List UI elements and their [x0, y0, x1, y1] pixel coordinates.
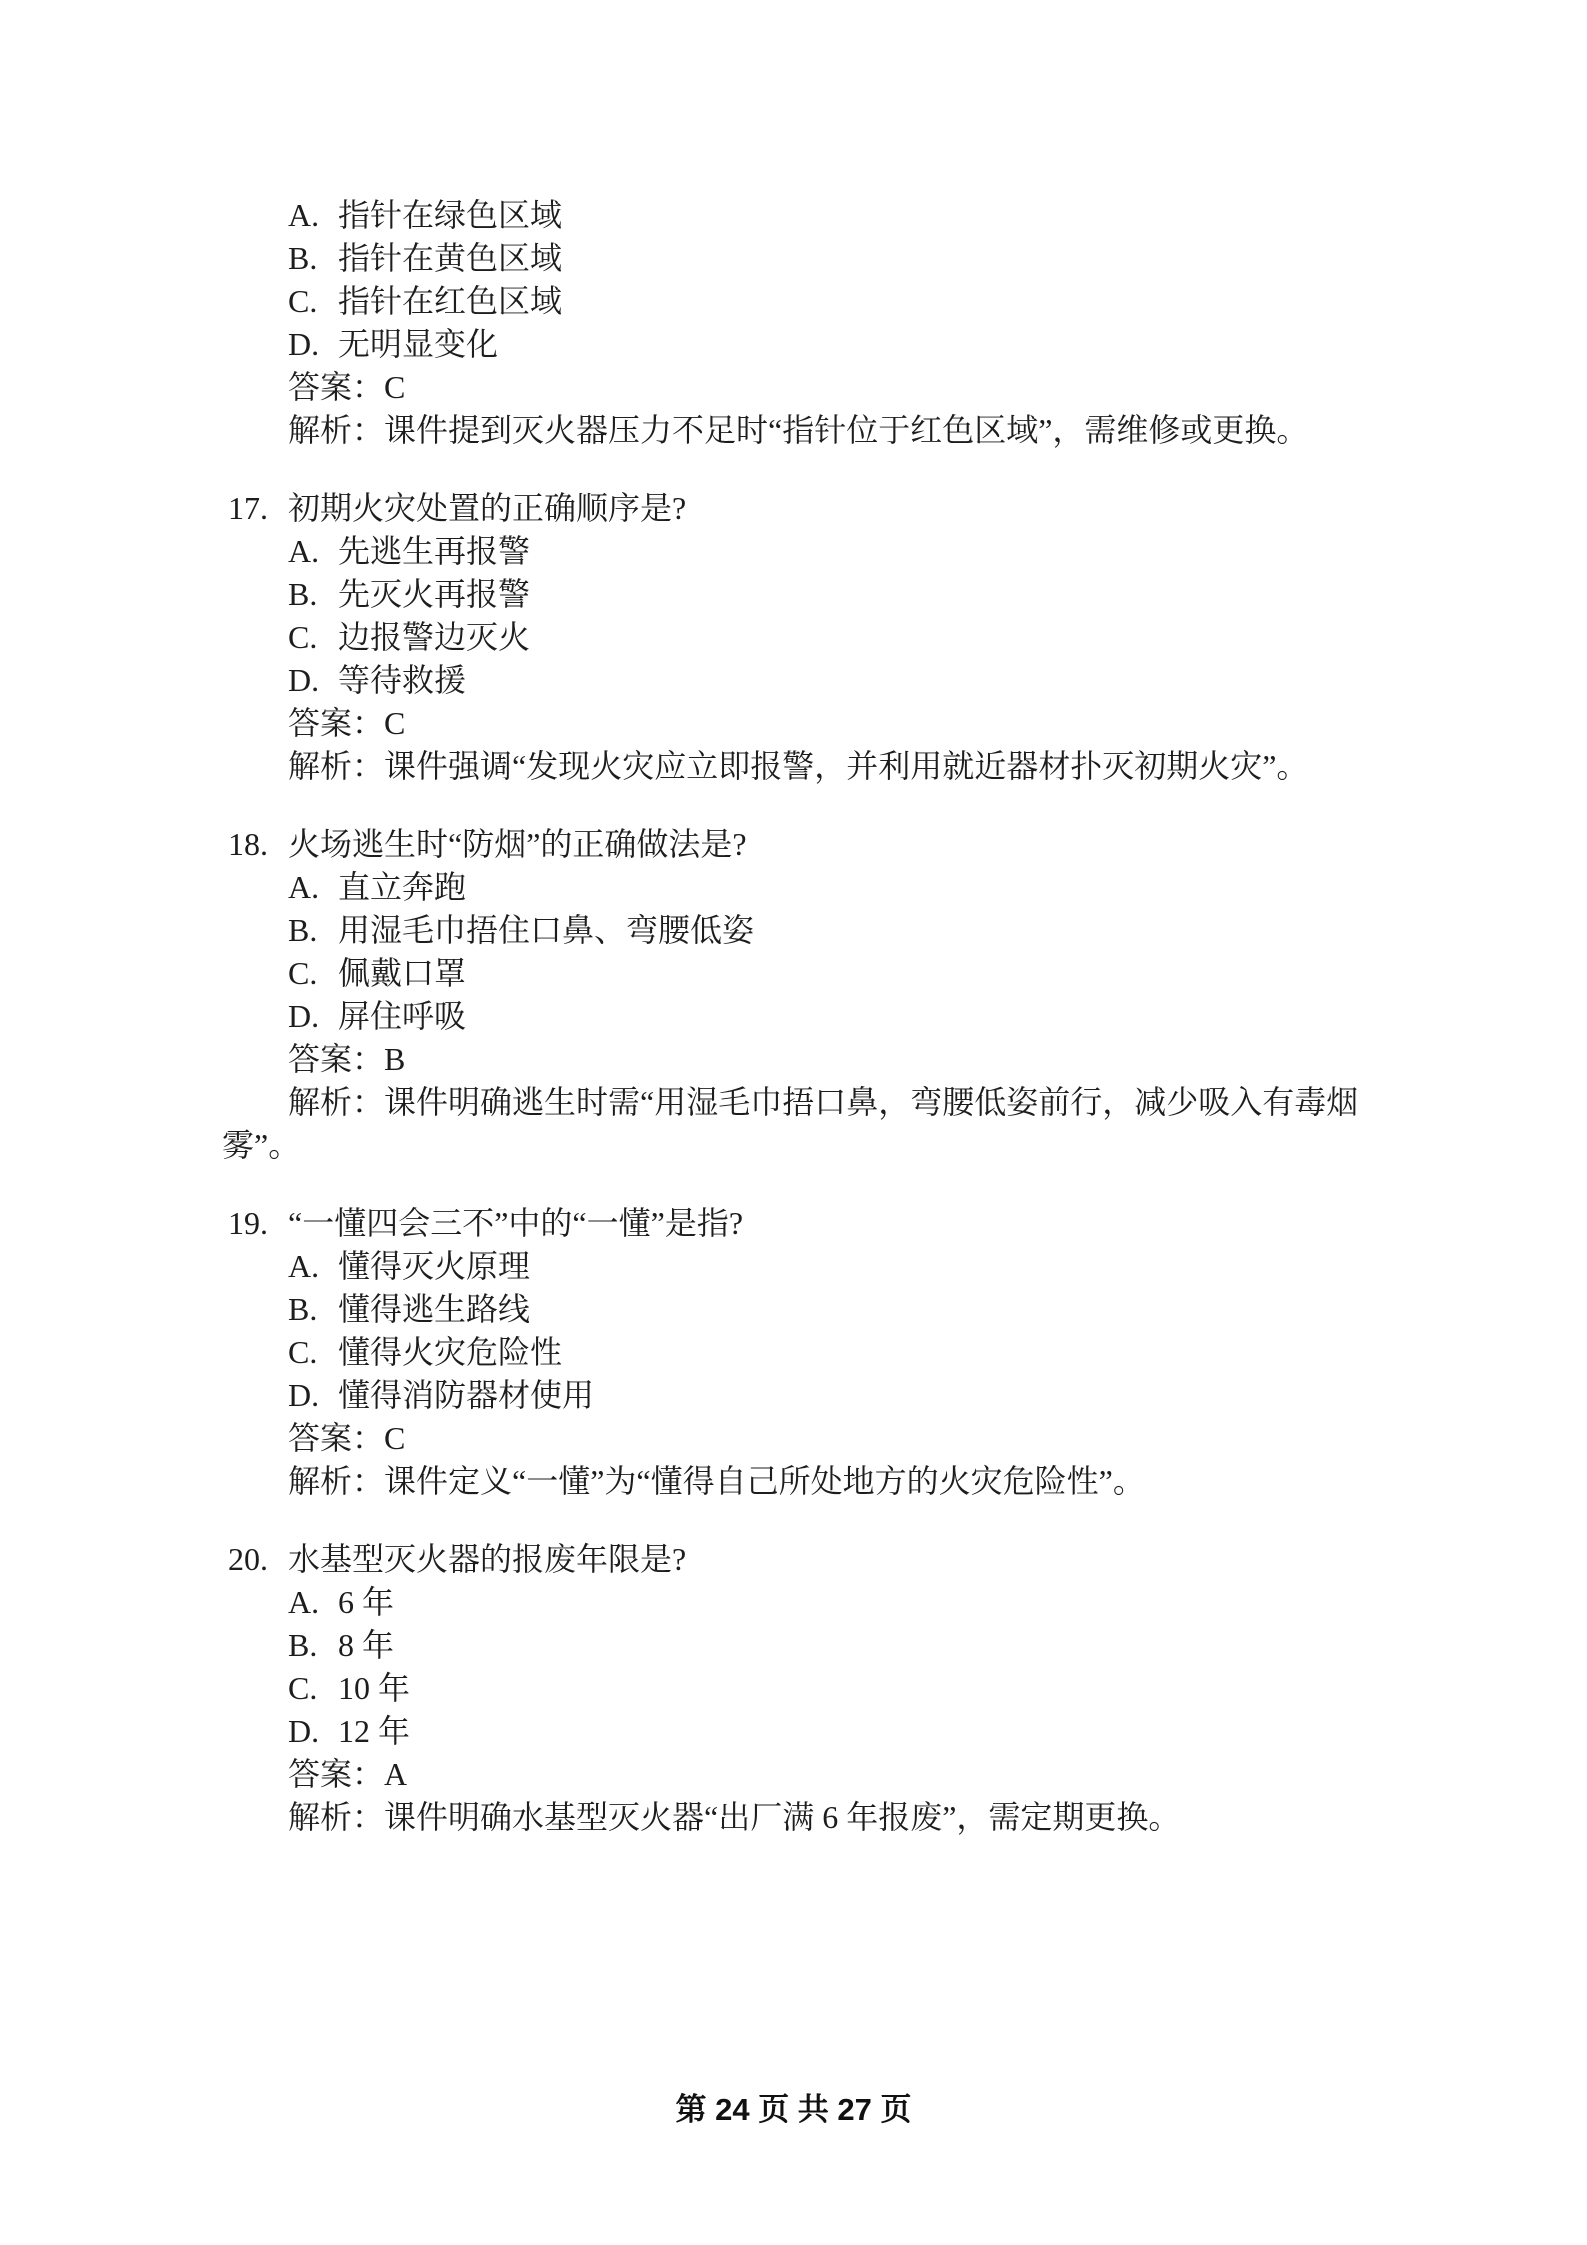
option-letter: B.: [288, 237, 338, 280]
option-text: 6 年: [338, 1584, 394, 1620]
question-number: 18.: [228, 823, 288, 866]
option-text: 屏住呼吸: [338, 998, 466, 1034]
explanation-text: 课件提到灭火器压力不足时“指针位于红色区域”，需维修或更换。: [384, 412, 1308, 448]
option-b: B.指针在黄色区域: [288, 237, 1365, 280]
option-text: 等待救援: [338, 662, 466, 698]
option-d: D.懂得消防器材使用: [288, 1374, 1365, 1417]
question-number: 20.: [228, 1538, 288, 1581]
option-letter: C.: [288, 952, 338, 995]
option-a: A.懂得灭火原理: [288, 1245, 1365, 1288]
option-text: 懂得火灾危险性: [338, 1334, 562, 1370]
option-d: D.等待救援: [288, 659, 1365, 702]
option-b: B.用湿毛巾捂住口鼻、弯腰低姿: [288, 909, 1365, 952]
option-text: 先逃生再报警: [338, 533, 530, 569]
page-footer: 第 24 页 共 27 页: [0, 2090, 1587, 2130]
explanation: 解析：课件强调“发现火灾应立即报警，并利用就近器材扑灭初期火灾”。: [222, 745, 1365, 788]
option-text: 10 年: [338, 1670, 410, 1706]
answer-label: 答案：: [288, 369, 384, 405]
option-d: D.12 年: [288, 1710, 1365, 1753]
question-header: 19.“一懂四会三不”中的“一懂”是指?: [222, 1202, 1365, 1245]
answer-value: A: [384, 1756, 407, 1792]
explanation-label: 解析：: [288, 1799, 384, 1835]
explanation: 解析：课件明确逃生时需“用湿毛巾捂口鼻，弯腰低姿前行，减少吸入有毒烟雾”。: [222, 1081, 1365, 1167]
option-letter: D.: [288, 995, 338, 1038]
answer-line: 答案：C: [288, 1417, 1365, 1460]
option-letter: B.: [288, 909, 338, 952]
answer-label: 答案：: [288, 1756, 384, 1792]
option-letter: D.: [288, 659, 338, 702]
option-letter: A.: [288, 1581, 338, 1624]
option-letter: A.: [288, 866, 338, 909]
explanation-text: 课件明确水基型灭火器“出厂满 6 年报废”，需定期更换。: [384, 1799, 1180, 1835]
explanation-text: 课件明确逃生时需“用湿毛巾捂口鼻，弯腰低姿前行，减少吸入有毒烟雾”。: [222, 1084, 1358, 1163]
question-header: 18.火场逃生时“防烟”的正确做法是?: [222, 823, 1365, 866]
option-text: 边报警边灭火: [338, 619, 530, 655]
answer-label: 答案：: [288, 1420, 384, 1456]
document-body: A.指针在绿色区域 B.指针在黄色区域 C.指针在红色区域 D.无明显变化 答案…: [222, 194, 1365, 1839]
option-letter: C.: [288, 1667, 338, 1710]
option-letter: C.: [288, 616, 338, 659]
option-text: 8 年: [338, 1627, 394, 1663]
question-header: 20.水基型灭火器的报废年限是?: [222, 1538, 1365, 1581]
answer-line: 答案：C: [288, 366, 1365, 409]
option-b: B.8 年: [288, 1624, 1365, 1667]
option-letter: D.: [288, 323, 338, 366]
option-text: 懂得灭火原理: [338, 1248, 530, 1284]
explanation-label: 解析：: [288, 1084, 384, 1120]
answer-label: 答案：: [288, 1041, 384, 1077]
question-number: 17.: [228, 487, 288, 530]
question-block-18: 18.火场逃生时“防烟”的正确做法是? A.直立奔跑 B.用湿毛巾捂住口鼻、弯腰…: [222, 823, 1365, 1167]
explanation-label: 解析：: [288, 412, 384, 448]
option-a: A.6 年: [288, 1581, 1365, 1624]
explanation: 解析：课件提到灭火器压力不足时“指针位于红色区域”，需维修或更换。: [222, 409, 1365, 452]
option-text: 指针在黄色区域: [338, 240, 562, 276]
question-block-16: A.指针在绿色区域 B.指针在黄色区域 C.指针在红色区域 D.无明显变化 答案…: [222, 194, 1365, 452]
option-a: A.先逃生再报警: [288, 530, 1365, 573]
answer-value: C: [384, 705, 405, 741]
answer-line: 答案：C: [288, 702, 1365, 745]
option-text: 懂得逃生路线: [338, 1291, 530, 1327]
explanation-label: 解析：: [288, 748, 384, 784]
option-text: 用湿毛巾捂住口鼻、弯腰低姿: [338, 912, 754, 948]
option-letter: B.: [288, 1624, 338, 1667]
question-text: 火场逃生时“防烟”的正确做法是?: [288, 826, 747, 862]
question-text: “一懂四会三不”中的“一懂”是指?: [288, 1205, 743, 1241]
explanation-text: 课件强调“发现火灾应立即报警，并利用就近器材扑灭初期火灾”。: [384, 748, 1308, 784]
option-text: 12 年: [338, 1713, 410, 1749]
option-text: 懂得消防器材使用: [338, 1377, 594, 1413]
option-letter: A.: [288, 194, 338, 237]
explanation-text: 课件定义“一懂”为“懂得自己所处地方的火灾危险性”。: [384, 1463, 1145, 1499]
answer-value: B: [384, 1041, 405, 1077]
option-d: D.屏住呼吸: [288, 995, 1365, 1038]
option-text: 直立奔跑: [338, 869, 466, 905]
option-text: 指针在绿色区域: [338, 197, 562, 233]
question-block-19: 19.“一懂四会三不”中的“一懂”是指? A.懂得灭火原理 B.懂得逃生路线 C…: [222, 1202, 1365, 1503]
option-c: C.懂得火灾危险性: [288, 1331, 1365, 1374]
option-a: A.指针在绿色区域: [288, 194, 1365, 237]
option-text: 无明显变化: [338, 326, 498, 362]
question-header: 17.初期火灾处置的正确顺序是?: [222, 487, 1365, 530]
option-letter: A.: [288, 1245, 338, 1288]
explanation: 解析：课件定义“一懂”为“懂得自己所处地方的火灾危险性”。: [222, 1460, 1365, 1503]
option-c: C.指针在红色区域: [288, 280, 1365, 323]
option-letter: D.: [288, 1710, 338, 1753]
option-letter: A.: [288, 530, 338, 573]
question-number: 19.: [228, 1202, 288, 1245]
option-c: C.10 年: [288, 1667, 1365, 1710]
option-text: 指针在红色区域: [338, 283, 562, 319]
question-block-20: 20.水基型灭火器的报废年限是? A.6 年 B.8 年 C.10 年 D.12…: [222, 1538, 1365, 1839]
answer-label: 答案：: [288, 705, 384, 741]
option-b: B.先灭火再报警: [288, 573, 1365, 616]
option-letter: C.: [288, 1331, 338, 1374]
option-text: 先灭火再报警: [338, 576, 530, 612]
option-b: B.懂得逃生路线: [288, 1288, 1365, 1331]
question-text: 初期火灾处置的正确顺序是?: [288, 490, 686, 526]
answer-value: C: [384, 1420, 405, 1456]
option-letter: D.: [288, 1374, 338, 1417]
option-text: 佩戴口罩: [338, 955, 466, 991]
answer-line: 答案：B: [288, 1038, 1365, 1081]
option-c: C.佩戴口罩: [288, 952, 1365, 995]
option-letter: B.: [288, 1288, 338, 1331]
option-d: D.无明显变化: [288, 323, 1365, 366]
question-text: 水基型灭火器的报废年限是?: [288, 1541, 686, 1577]
explanation-label: 解析：: [288, 1463, 384, 1499]
answer-line: 答案：A: [288, 1753, 1365, 1796]
option-letter: B.: [288, 573, 338, 616]
explanation: 解析：课件明确水基型灭火器“出厂满 6 年报废”，需定期更换。: [222, 1796, 1365, 1839]
answer-value: C: [384, 369, 405, 405]
option-letter: C.: [288, 280, 338, 323]
option-a: A.直立奔跑: [288, 866, 1365, 909]
question-block-17: 17.初期火灾处置的正确顺序是? A.先逃生再报警 B.先灭火再报警 C.边报警…: [222, 487, 1365, 788]
option-c: C.边报警边灭火: [288, 616, 1365, 659]
